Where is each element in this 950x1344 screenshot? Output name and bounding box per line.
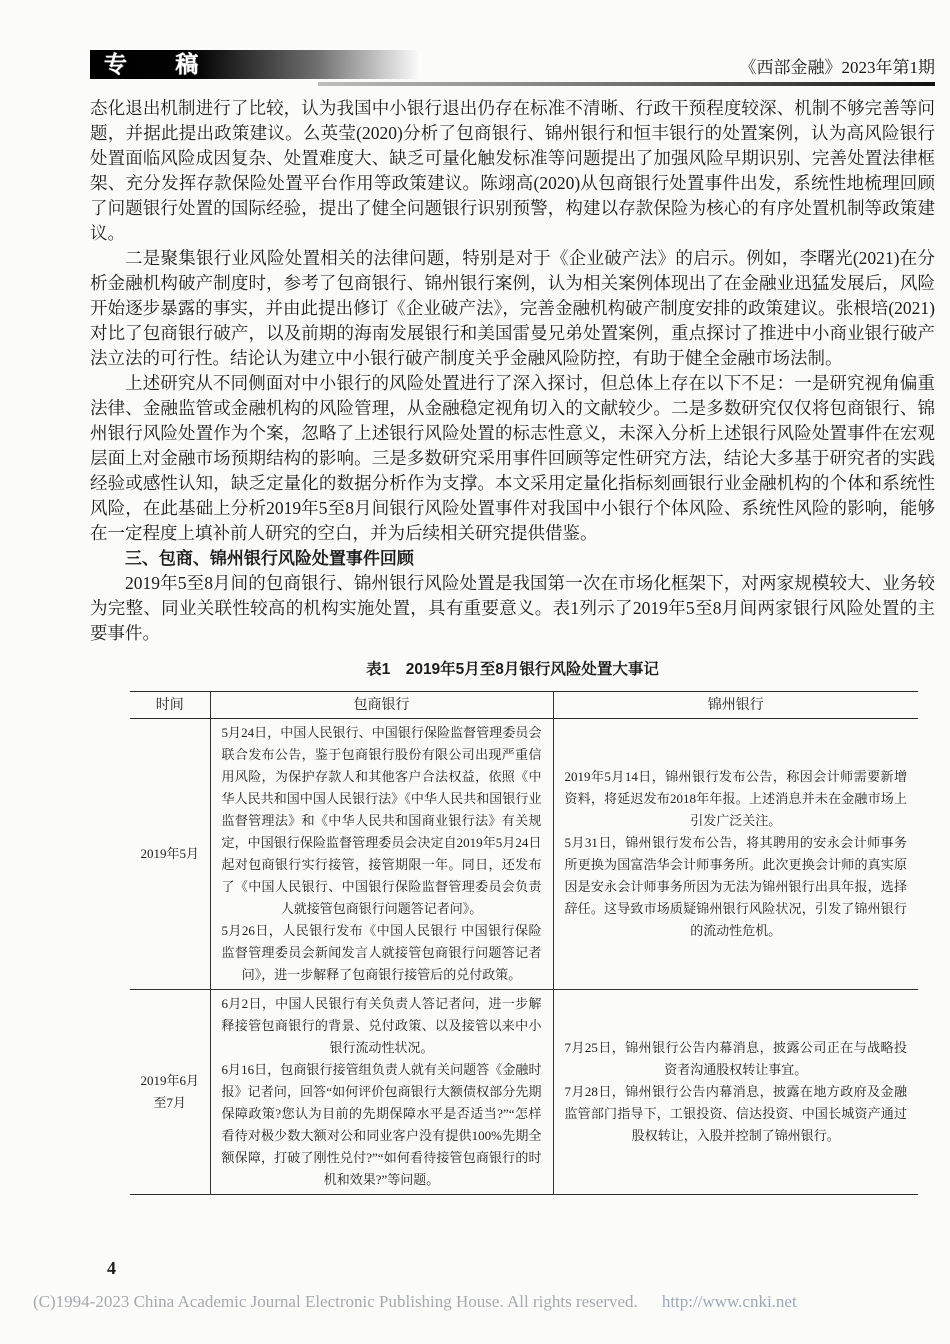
col-header-time: 时间 xyxy=(130,692,210,719)
body-paragraph-1: 态化退出机制进行了比较，认为我国中小银行退出仍存在标准不清晰、行政干预程度较深、… xyxy=(90,96,935,246)
event-paragraph: 2019年5月14日，锦州银行发布公告，称因会计师需要新增资料，将延迟发布201… xyxy=(565,766,908,832)
section-heading: 三、包商、锦州银行风险处置事件回顾 xyxy=(90,546,935,571)
col-header-jinzhou: 锦州银行 xyxy=(553,692,918,719)
section-paragraph: 2019年5至8月间的包商银行、锦州银行风险处置是我国第一次在市场化框架下，对两… xyxy=(90,571,935,646)
copyright-text: (C)1994-2023 China Academic Journal Elec… xyxy=(33,1292,638,1311)
page-number: 4 xyxy=(107,1258,116,1279)
jinzhou-events-cell: 7月25日，锦州银行公告内幕消息，披露公司正在与战略投资者沟通股权转让事宜。 7… xyxy=(553,990,918,1195)
journal-page: 专 稿 《西部金融》2023年第1期 态化退出机制进行了比较，认为我国中小银行退… xyxy=(0,0,950,1344)
journal-issue: 《西部金融》2023年第1期 xyxy=(740,57,936,79)
special-column-banner: 专 稿 xyxy=(90,50,422,79)
table-row-june-july: 2019年6月至7月 6月2日，中国人民银行有关负责人答记者问，进一步解释接管包… xyxy=(130,990,918,1195)
article-body: 态化退出机制进行了比较，认为我国中小银行退出仍存在标准不清晰、行政干预程度较深、… xyxy=(0,96,950,1195)
col-header-baoshang: 包商银行 xyxy=(210,692,553,719)
body-paragraph-2: 二是聚集银行业风险处置相关的法律问题，特别是对于《企业破产法》的启示。例如，李曙… xyxy=(90,246,935,371)
banner-label: 专 稿 xyxy=(90,50,422,79)
cnki-url: http://www.cnki.net xyxy=(662,1292,797,1311)
table-row-may: 2019年5月 5月24日，中国人民银行、中国银行保险监督管理委员会联合发布公告… xyxy=(130,719,918,990)
time-cell: 2019年5月 xyxy=(130,719,210,990)
event-paragraph: 7月28日，锦州银行公告内幕消息，披露在地方政府及金融监管部门指导下，工银投资、… xyxy=(565,1081,908,1147)
time-cell: 2019年6月至7月 xyxy=(130,990,210,1195)
header-rule xyxy=(318,82,935,86)
table-title: 表1 2019年5月至8月银行风险处置大事记 xyxy=(90,658,935,682)
table-header-row: 时间 包商银行 锦州银行 xyxy=(130,692,918,719)
event-paragraph: 5月31日，锦州银行发布公告，将其聘用的安永会计师事务所更换为国富浩华会计师事务… xyxy=(565,832,908,942)
event-paragraph: 7月25日，锦州银行公告内幕消息，披露公司正在与战略投资者沟通股权转让事宜。 xyxy=(565,1037,908,1081)
baoshang-events-cell: 6月2日，中国人民银行有关负责人答记者问，进一步解释接管包商银行的背景、兑付政策… xyxy=(210,990,553,1195)
baoshang-events-cell: 5月24日，中国人民银行、中国银行保险监督管理委员会联合发布公告，鉴于包商银行股… xyxy=(210,719,553,990)
event-paragraph: 6月16日，包商银行接管组负责人就有关问题答《金融时报》记者问，回答“如何评价包… xyxy=(222,1059,542,1191)
event-paragraph: 5月26日，人民银行发布《中国人民银行 中国银行保险监督管理委员会新闻发言人就接… xyxy=(222,920,542,986)
event-paragraph: 6月2日，中国人民银行有关负责人答记者问，进一步解释接管包商银行的背景、兑付政策… xyxy=(222,993,542,1059)
event-paragraph: 5月24日，中国人民银行、中国银行保险监督管理委员会联合发布公告，鉴于包商银行股… xyxy=(222,722,542,920)
jinzhou-events-cell: 2019年5月14日，锦州银行发布公告，称因会计师需要新增资料，将延迟发布201… xyxy=(553,719,918,990)
body-paragraph-3: 上述研究从不同侧面对中小银行的风险处置进行了深入探讨，但总体上存在以下不足：一是… xyxy=(90,371,935,546)
copyright-notice: (C)1994-2023 China Academic Journal Elec… xyxy=(33,1291,797,1313)
events-table: 时间 包商银行 锦州银行 2019年5月 5月24日，中国人民银行、中国银行保险… xyxy=(130,691,918,1195)
